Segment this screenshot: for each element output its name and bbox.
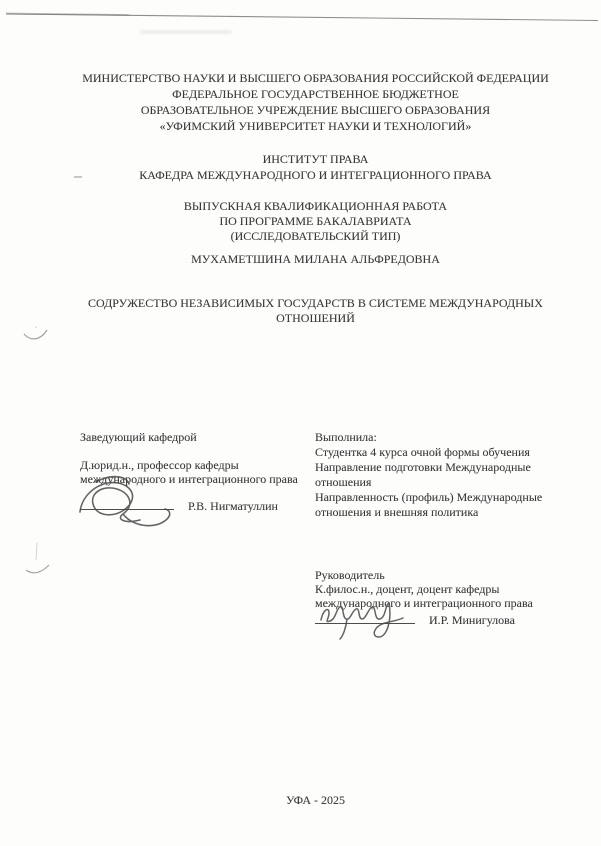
ministry-header: МИНИСТЕРСТВО НАУКИ И ВЫСШЕГО ОБРАЗОВАНИЯ…: [30, 70, 601, 134]
student-info-line: Выполнила:: [315, 430, 575, 445]
scan-smudge: [140, 30, 232, 34]
thesis-title-line: СОДРУЖЕСТВО НЕЗАВИСИМЫХ ГОСУДАРСТВ В СИС…: [30, 296, 601, 311]
supervisor-name: И.Р. Минигулова: [429, 613, 515, 627]
department-head-block: Заведующий кафедрой Д.юрид.н., профессор…: [80, 430, 315, 514]
scan-edge-line: [0, 0, 601, 40]
department-head-signature-row: Р.В. Нигматуллин: [80, 498, 315, 514]
student-info-line: Направление подготовки Международные: [315, 460, 575, 475]
city-year-label: УФА - 2025: [30, 793, 601, 808]
student-info-line: отношения: [315, 475, 575, 490]
thesis-title: СОДРУЖЕСТВО НЕЗАВИСИМЫХ ГОСУДАРСТВ В СИС…: [30, 296, 601, 326]
author-block: МУХАМЕТШИНА МИЛАНА АЛЬФРЕДОВНА: [30, 252, 601, 267]
pen-mark-icon: [24, 540, 52, 578]
supervisor-block: Руководитель К.филос.н., доцент, доцент …: [315, 568, 575, 627]
department-head-credentials: международного и интеграционного права: [80, 472, 315, 486]
supervisor-signature-row: И.Р. Минигулова: [315, 612, 575, 627]
ministry-line: ФЕДЕРАЛЬНОЕ ГОСУДАРСТВЕННОЕ БЮДЖЕТНОЕ: [30, 86, 601, 102]
ministry-line: ОБРАЗОВАТЕЛЬНОЕ УЧРЕЖДЕНИЕ ВЫСШЕГО ОБРАЗ…: [30, 102, 601, 118]
work-type-block: ВЫПУСКНАЯ КВАЛИФИКАЦИОННАЯ РАБОТА ПО ПРО…: [30, 199, 601, 244]
supervisor-credentials: К.филос.н., доцент, доцент кафедры: [315, 582, 575, 596]
work-type-line: ВЫПУСКНАЯ КВАЛИФИКАЦИОННАЯ РАБОТА: [30, 199, 601, 214]
signature-line: [80, 498, 174, 510]
author-name: МУХАМЕТШИНА МИЛАНА АЛЬФРЕДОВНА: [30, 252, 601, 267]
student-info-line: Направленность (профиль) Международные: [315, 490, 575, 505]
department-head-credentials: Д.юрид.н., профессор кафедры: [80, 458, 315, 472]
student-info-line: отношения и внешняя политика: [315, 505, 575, 520]
supervisor-credentials: международного и интеграционного права: [315, 596, 575, 610]
work-type-line: ПО ПРОГРАММЕ БАКАЛАВРИАТА: [30, 214, 601, 229]
pen-mark-icon: [22, 325, 50, 347]
student-info-line: Студентка 4 курса очной формы обучения: [315, 445, 575, 460]
institute-block: ИНСТИТУТ ПРАВА КАФЕДРА МЕЖДУНАРОДНОГО И …: [30, 151, 601, 183]
ministry-line: МИНИСТЕРСТВО НАУКИ И ВЫСШЕГО ОБРАЗОВАНИЯ…: [30, 70, 601, 86]
scanned-title-page: МИНИСТЕРСТВО НАУКИ И ВЫСШЕГО ОБРАЗОВАНИЯ…: [0, 0, 601, 846]
institute-name: ИНСТИТУТ ПРАВА: [30, 151, 601, 167]
supervisor-role: Руководитель: [315, 568, 575, 582]
department-head-name: Р.В. Нигматуллин: [188, 499, 278, 513]
footer-city-year: УФА - 2025: [30, 793, 601, 808]
department-head-role: Заведующий кафедрой: [80, 430, 315, 445]
signature-line: [315, 612, 415, 624]
university-name: «УФИМСКИЙ УНИВЕРСИТЕТ НАУКИ И ТЕХНОЛОГИЙ…: [30, 118, 601, 134]
work-type-line: (ИССЛЕДОВАТЕЛЬСКИЙ ТИП): [30, 229, 601, 244]
thesis-title-line: ОТНОШЕНИЙ: [30, 311, 601, 326]
student-info-block: Выполнила: Студентка 4 курса очной формы…: [315, 430, 575, 520]
department-name: КАФЕДРА МЕЖДУНАРОДНОГО И ИНТЕГРАЦИОННОГО…: [30, 167, 601, 183]
